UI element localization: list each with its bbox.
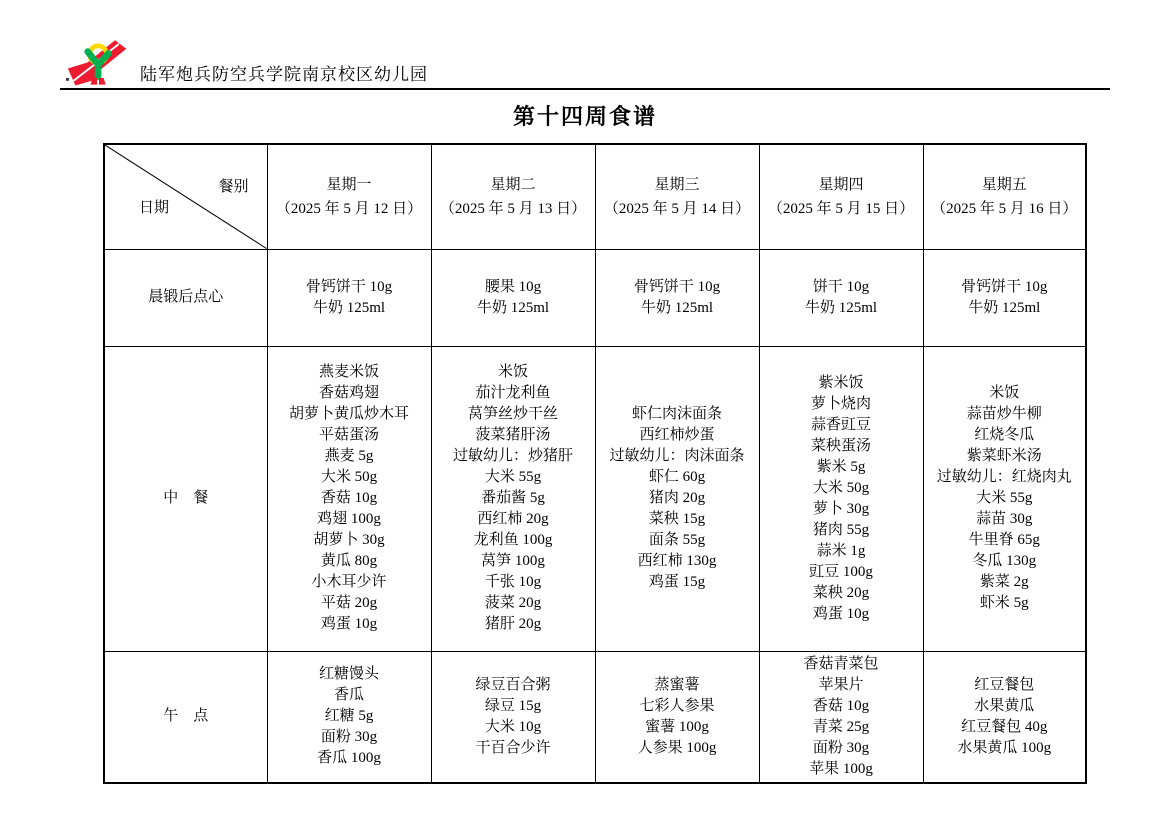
letterhead-rule (60, 88, 1110, 90)
menu-cell-monday: 骨钙饼干 10g 牛奶 125ml (267, 249, 431, 346)
menu-cell-thursday: 紫米饭 萝卜烧肉 蒜香豇豆 菜秧蛋汤 紫米 5g 大米 50g 萝卜 30g 猪… (759, 346, 923, 651)
day-name: 星期二 (436, 173, 591, 197)
menu-cell-monday: 红糖馒头 香瓜 红糖 5g 面粉 30g 香瓜 100g (267, 651, 431, 783)
menu-cell-tuesday: 米饭 茄汁龙利鱼 莴笋丝炒干丝 菠菜猪肝汤 过敏幼儿：炒猪肝 大米 55g 番茄… (431, 346, 595, 651)
menu-cell-friday: 红豆餐包 水果黄瓜 红豆餐包 40g 水果黄瓜 100g (923, 651, 1086, 783)
menu-cell-monday: 燕麦米饭 香菇鸡翅 胡萝卜黄瓜炒木耳 平菇蛋汤 燕麦 5g 大米 50g 香菇 … (267, 346, 431, 651)
day-date: （2025 年 5 月 12 日） (272, 197, 427, 221)
row-label-morning-snack: 晨锻后点心 (104, 249, 267, 346)
school-logo-icon (66, 36, 132, 86)
menu-cell-friday: 米饭 蒜苗炒牛柳 红烧冬瓜 紫菜虾米汤 过敏幼儿：红烧肉丸 大米 55g 蒜苗 … (923, 346, 1086, 651)
morning-snack-row: 晨锻后点心 骨钙饼干 10g 牛奶 125ml 腰果 10g 牛奶 125ml … (104, 249, 1086, 346)
letterhead: 陆军炮兵防空兵学院南京校区幼儿园 (0, 0, 1170, 92)
menu-cell-thursday: 香菇青菜包 苹果片 香菇 10g 青菜 25g 面粉 30g 苹果 100g (759, 651, 923, 783)
day-header-tuesday: 星期二 （2025 年 5 月 13 日） (431, 144, 595, 249)
menu-cell-wednesday: 骨钙饼干 10g 牛奶 125ml (595, 249, 759, 346)
corner-date-label: 日期 (139, 196, 169, 217)
menu-cell-tuesday: 绿豆百合粥 绿豆 15g 大米 10g 干百合少许 (431, 651, 595, 783)
row-label-lunch: 中 餐 (104, 346, 267, 651)
day-header-thursday: 星期四 （2025 年 5 月 15 日） (759, 144, 923, 249)
day-name: 星期一 (272, 173, 427, 197)
day-header-friday: 星期五 （2025 年 5 月 16 日） (923, 144, 1086, 249)
day-date: （2025 年 5 月 15 日） (764, 197, 919, 221)
diagonal-divider-icon (105, 145, 267, 249)
day-date: （2025 年 5 月 14 日） (600, 197, 755, 221)
lunch-row: 中 餐 燕麦米饭 香菇鸡翅 胡萝卜黄瓜炒木耳 平菇蛋汤 燕麦 5g 大米 50g… (104, 346, 1086, 651)
page-title: 第十四周食谱 (0, 100, 1170, 131)
corner-cell: 餐别 日期 (104, 144, 267, 249)
document-page: { "header": { "school_name": "陆军炮兵防空兵学院南… (0, 0, 1170, 827)
school-name: 陆军炮兵防空兵学院南京校区幼儿园 (140, 60, 428, 85)
day-date: （2025 年 5 月 16 日） (928, 197, 1082, 221)
menu-cell-friday: 骨钙饼干 10g 牛奶 125ml (923, 249, 1086, 346)
day-name: 星期三 (600, 173, 755, 197)
row-label-afternoon-snack: 午 点 (104, 651, 267, 783)
menu-cell-thursday: 饼干 10g 牛奶 125ml (759, 249, 923, 346)
menu-cell-wednesday: 虾仁肉沫面条 西红柿炒蛋 过敏幼儿：肉沫面条 虾仁 60g 猪肉 20g 菜秧 … (595, 346, 759, 651)
day-date: （2025 年 5 月 13 日） (436, 197, 591, 221)
day-header-wednesday: 星期三 （2025 年 5 月 14 日） (595, 144, 759, 249)
menu-cell-tuesday: 腰果 10g 牛奶 125ml (431, 249, 595, 346)
afternoon-snack-row: 午 点 红糖馒头 香瓜 红糖 5g 面粉 30g 香瓜 100g 绿豆百合粥 绿… (104, 651, 1086, 783)
day-name: 星期五 (928, 173, 1082, 197)
menu-table: 餐别 日期 星期一 （2025 年 5 月 12 日） 星期二 （2025 年 … (103, 143, 1087, 784)
day-name: 星期四 (764, 173, 919, 197)
table-header-row: 餐别 日期 星期一 （2025 年 5 月 12 日） 星期二 （2025 年 … (104, 144, 1086, 249)
menu-cell-wednesday: 蒸蜜薯 七彩人参果 蜜薯 100g 人参果 100g (595, 651, 759, 783)
corner-meal-label: 餐别 (218, 175, 248, 196)
day-header-monday: 星期一 （2025 年 5 月 12 日） (267, 144, 431, 249)
